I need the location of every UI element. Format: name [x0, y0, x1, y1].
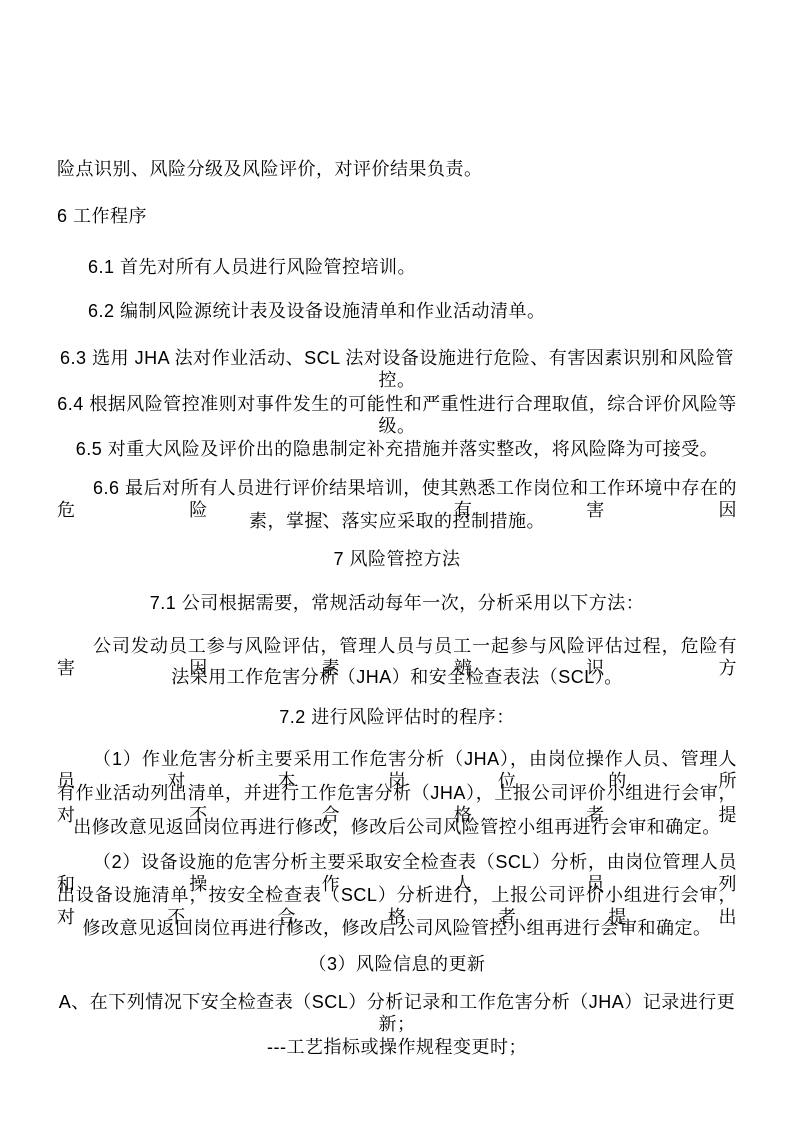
item-7-2: 7.2 进行风险评估时的程序：: [57, 706, 737, 728]
document-page: 险点识别、风险分级及风险评价，对评价结果负责。 6 工作程序 6.1 首先对所有…: [0, 0, 793, 1122]
item-7-2-1-line-3: 出修改意见返回岗位再进行修改，修改后公司风险管控小组再进行会审和确定。: [57, 816, 737, 838]
heading-section-7: 7 风险管控方法: [57, 548, 737, 570]
heading-section-6: 6 工作程序: [57, 205, 147, 227]
paragraph-7-1-detail-line-2: 法采用工作危害分析（JHA）和安全检查表法（SCL）。: [57, 666, 737, 688]
item-6-2: 6.2 编制风险源统计表及设备设施清单和作业活动清单。: [88, 300, 546, 322]
item-7-2-3-heading: （3）风险信息的更新: [57, 953, 737, 975]
item-7-2-2-line-3: 修改意见返回岗位再进行修改，修改后公司风险管控小组再进行会审和确定。: [57, 917, 737, 939]
item-6-4: 6.4 根据风险管控准则对事件发生的可能性和严重性进行合理取值，综合评价风险等级…: [57, 393, 737, 437]
item-6-6-line-2: 素，掌握、落实应采取的控制措施。: [57, 510, 737, 532]
paragraph-intro-continuation: 险点识别、风险分级及风险评价，对评价结果负责。: [57, 158, 483, 180]
item-dash-process-change: ---工艺指标或操作规程变更时；: [57, 1036, 737, 1058]
item-6-3: 6.3 选用 JHA 法对作业活动、SCL 法对设备设施进行危险、有害因素识别和…: [57, 347, 737, 391]
item-6-5: 6.5 对重大风险及评价出的隐患制定补充措施并落实整改，将风险降为可接受。: [57, 438, 737, 460]
item-7-1: 7.1 公司根据需要，常规活动每年一次，分析采用以下方法：: [57, 592, 737, 614]
item-a-update-conditions: A、在下列情况下安全检查表（SCL）分析记录和工作危害分析（JHA）记录进行更新…: [57, 991, 737, 1035]
item-6-1: 6.1 首先对所有人员进行风险管控培训。: [88, 256, 416, 278]
